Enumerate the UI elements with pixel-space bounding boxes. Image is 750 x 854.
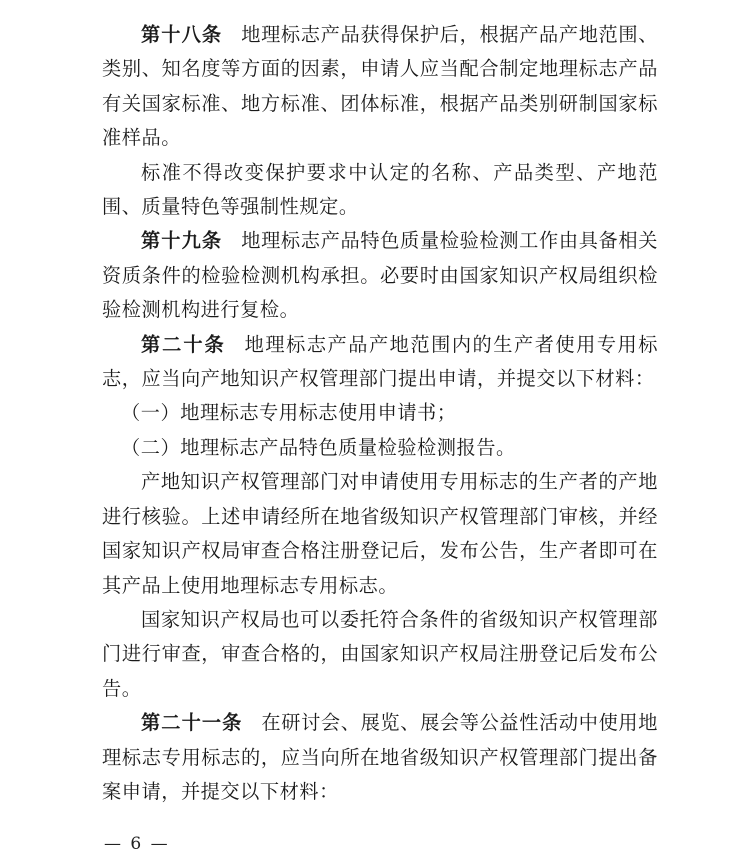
list-item-text: （二）地理标志产品特色质量检验检测报告。 xyxy=(121,436,516,459)
document-page: 第十八条地理标志产品获得保护后，根据产品产地范围、类别、知名度等方面的因素，申请… xyxy=(102,18,658,809)
paragraph-text: 标准不得改变保护要求中认定的名称、产品类型、产地范围、质量特色等强制性规定。 xyxy=(102,161,658,218)
article-21-paragraph: 第二十一条在研讨会、展览、展会等公益性活动中使用地理标志专用标志的，应当向所在地… xyxy=(102,706,658,809)
standard-paragraph: 标准不得改变保护要求中认定的名称、产品类型、产地范围、质量特色等强制性规定。 xyxy=(102,156,658,225)
list-item: （二）地理标志产品特色质量检验检测报告。 xyxy=(102,431,658,465)
verification-paragraph: 产地知识产权管理部门对申请使用专用标志的生产者的产地进行核验。上述申请经所在地省… xyxy=(102,465,658,603)
paragraph-text: 产地知识产权管理部门对申请使用专用标志的生产者的产地进行核验。上述申请经所在地省… xyxy=(102,470,658,596)
article-19-paragraph: 第十九条地理标志产品特色质量检验检测工作由具备相关资质条件的检验检测机构承担。必… xyxy=(102,224,658,327)
paragraph-text: 国家知识产权局也可以委托符合条件的省级知识产权管理部门进行审查，审查合格的，由国… xyxy=(102,608,658,700)
article-heading: 第十九条 xyxy=(141,229,222,252)
article-18-paragraph: 第十八条地理标志产品获得保护后，根据产品产地范围、类别、知名度等方面的因素，申请… xyxy=(102,18,658,156)
article-20-paragraph: 第二十条地理标志产品产地范围内的生产者使用专用标志，应当向产地知识产权管理部门提… xyxy=(102,328,658,397)
delegation-paragraph: 国家知识产权局也可以委托符合条件的省级知识产权管理部门进行审查，审查合格的，由国… xyxy=(102,603,658,706)
page-number: — 6 — xyxy=(104,834,170,854)
list-item-text: （一）地理标志专用标志使用申请书； xyxy=(121,401,457,424)
list-item: （一）地理标志专用标志使用申请书； xyxy=(102,396,658,430)
article-heading: 第十八条 xyxy=(141,23,222,46)
article-heading: 第二十一条 xyxy=(141,711,242,734)
article-heading: 第二十条 xyxy=(141,333,226,356)
